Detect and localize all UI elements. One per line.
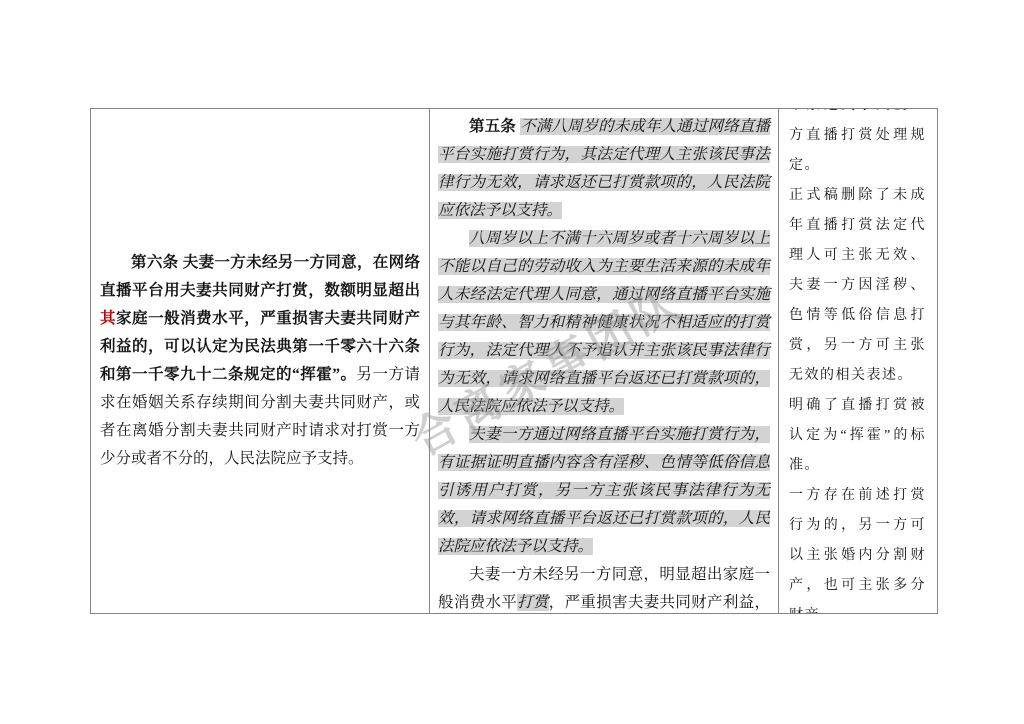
inline-highlight: 打赏 — [517, 594, 549, 611]
final-article-6-cell: 第六条 夫妻一方未经另一方同意，在网络直播平台用夫妻共同财产打赏，数额明显超出其… — [91, 109, 429, 613]
comparison-table: 第六条 夫妻一方未经另一方同意，在网络直播平台用夫妻共同财产打赏，数额明显超出其… — [90, 108, 938, 614]
commentary-cell: 本条是关于夫妻一方直播打赏处理规定。正式稿删除了未成年直播打赏法定代理人可主张无… — [778, 109, 936, 613]
draft-article-5-cell: 第五条 不满八周岁的未成年人通过网络直播平台实施打赏行为，其法定代理人主张该民事… — [429, 109, 778, 613]
article-number-label: 第五条 — [469, 118, 516, 135]
paragraph: 夫妻一方未经另一方同意，明显超出家庭一般消费水平打赏，严重损害夫妻共同财产利益，… — [438, 561, 770, 613]
paragraph: 正式稿删除了未成年直播打赏法定代理人可主张无效、夫妻一方因淫秽、色情等低俗信息打… — [789, 181, 926, 391]
paragraph: 一方存在前述打赏行为的，另一方可以主张婚内分割财产，也可主张多分财产。 — [789, 481, 926, 613]
paragraph: 八周岁以上不满十六周岁或者十六周岁以上不能以自己的劳动收入为主要生活来源的未成年… — [438, 225, 770, 421]
text-run: 夫妻一方通过网络直播平台实施打赏行为，有证据证明直播内容含有淫秽、色情等低俗信息… — [438, 426, 770, 555]
paragraph: 明确了直播打赏被认定为“挥霍”的标准。 — [789, 391, 926, 481]
paragraph: 夫妻一方通过网络直播平台实施打赏行为，有证据证明直播内容含有淫秽、色情等低俗信息… — [438, 421, 770, 561]
paragraph: 第六条 夫妻一方未经另一方同意，在网络直播平台用夫妻共同财产打赏，数额明显超出其… — [100, 249, 420, 473]
paragraph: 本条是关于夫妻一方直播打赏处理规定。 — [789, 109, 926, 181]
text-run: 本条是关于夫妻一方直播打赏处理规定。 — [789, 109, 926, 173]
document-page: 第六条 夫妻一方未经另一方同意，在网络直播平台用夫妻共同财产打赏，数额明显超出其… — [0, 0, 1024, 724]
text-run: 正式稿删除了未成年直播打赏法定代理人可主张无效、夫妻一方因淫秽、色情等低俗信息打… — [789, 188, 926, 383]
red-revision-char: 其 — [100, 310, 116, 327]
text-run: 八周岁以上不满十六周岁或者十六周岁以上不能以自己的劳动收入为主要生活来源的未成年… — [438, 230, 770, 415]
article-number-label: 第六条 — [131, 254, 179, 271]
paragraph: 第五条 不满八周岁的未成年人通过网络直播平台实施打赏行为，其法定代理人主张该民事… — [438, 113, 770, 225]
text-run: 明确了直播打赏被认定为“挥霍”的标准。 — [789, 398, 926, 473]
text-run: 一方存在前述打赏行为的，另一方可以主张婚内分割财产，也可主张多分财产。 — [789, 488, 926, 613]
